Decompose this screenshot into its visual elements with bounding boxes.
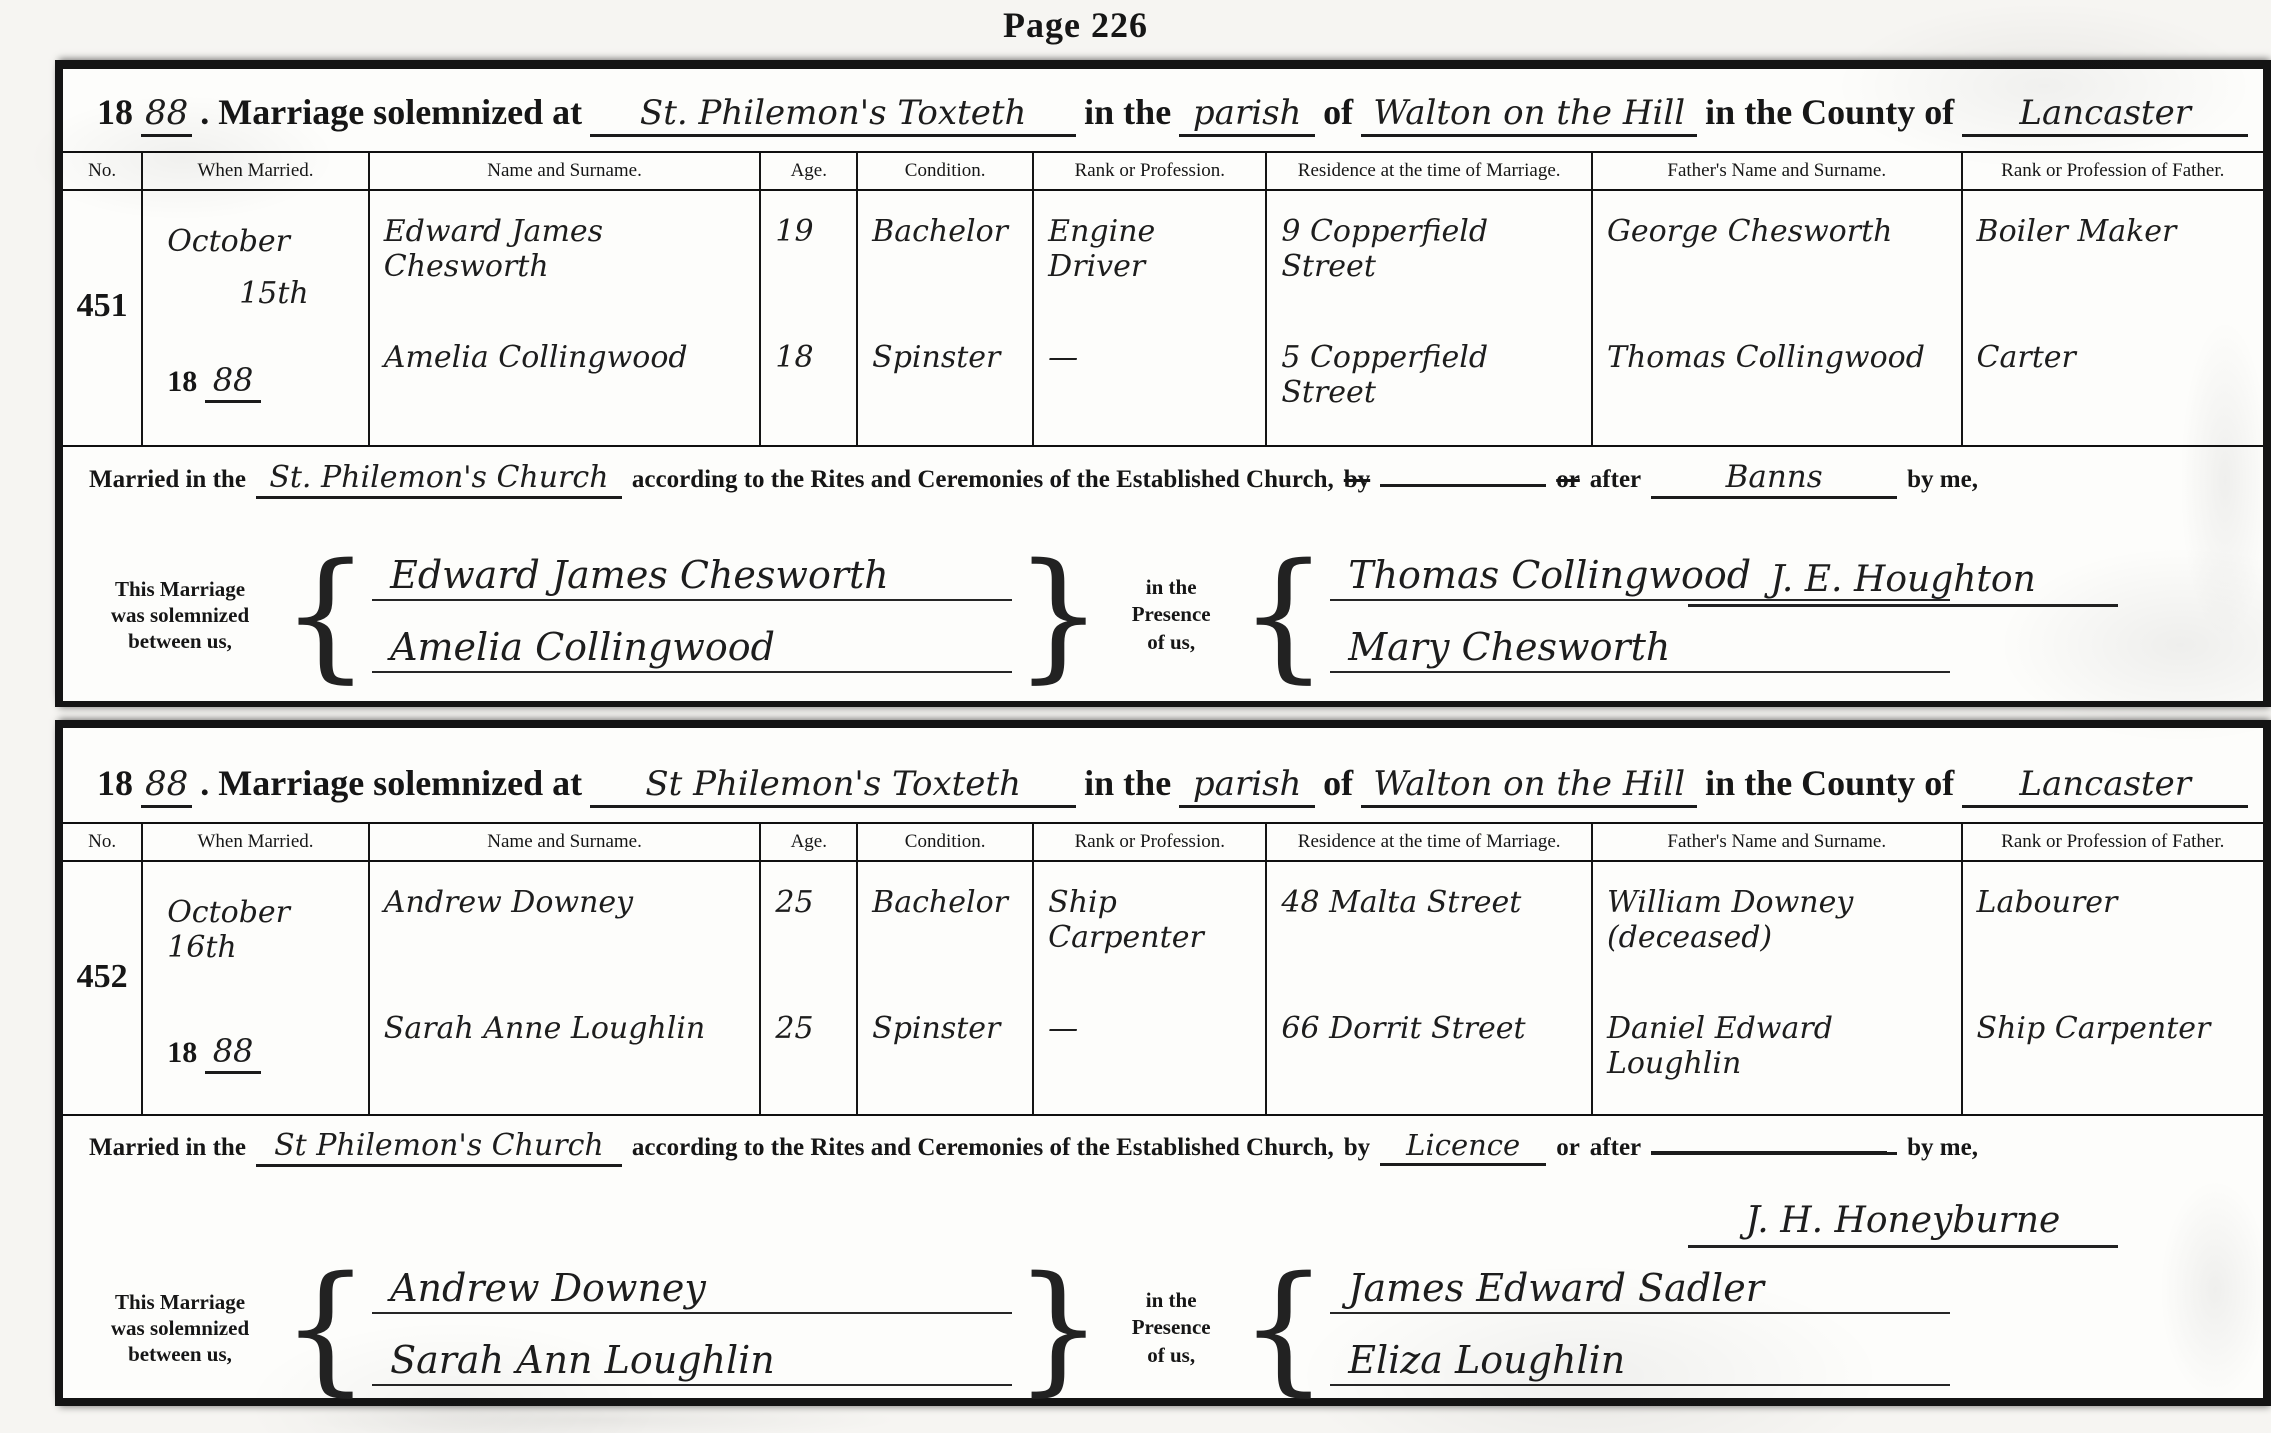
witness-signatures: Thomas Collingwood Mary Chesworth (1330, 543, 1950, 687)
marriage-date-day: 15th (239, 277, 309, 312)
witness-1-signature: Thomas Collingwood (1330, 553, 1950, 601)
bride-signature: Sarah Ann Loughlin (372, 1338, 1012, 1386)
col-header-age: Age. (760, 823, 857, 861)
officiant-signature: J. H. Honeyburne (1688, 1200, 2118, 1248)
entry-title-line: 18 88 . Marriage solemnized at St. Phile… (97, 91, 2247, 137)
col-header-no: No. (63, 823, 142, 861)
of-label: of (1323, 91, 1353, 133)
groom-name: Andrew Downey (384, 886, 756, 921)
parish-name-blank: Walton on the Hill (1361, 764, 1697, 808)
after-blank: Banns (1651, 459, 1897, 499)
presence-label: in the Presence of us, (1105, 574, 1237, 656)
bride-name: Sarah Anne Loughlin (384, 1012, 756, 1047)
table-row: 452 October 16th 18 88 Andrew Downey Sar… (63, 861, 2263, 1115)
brace-open-icon: { (281, 1269, 370, 1388)
table-header-row: No. When Married. Name and Surname. Age.… (63, 823, 2263, 861)
col-header-when-married: When Married. (142, 823, 369, 861)
year-printed-prefix: 18 (97, 91, 133, 133)
cell-ages: 25 25 (760, 861, 857, 1115)
col-header-condition: Condition. (857, 152, 1033, 190)
year-printed-prefix: 18 (97, 762, 133, 804)
col-header-condition: Condition. (857, 823, 1033, 861)
register-entry-451: 18 88 . Marriage solemnized at St. Phile… (55, 60, 2271, 707)
cell-names: Andrew Downey Sarah Anne Loughlin (369, 861, 761, 1115)
entry-title-line: 18 88 . Marriage solemnized at St Philem… (97, 762, 2247, 808)
table-row: 451 October 15th 18 88 Edward James Ches… (63, 190, 2263, 446)
county-blank: Lancaster (1962, 764, 2248, 808)
married-in-the-label: Married in the (89, 466, 246, 494)
marriage-year: 18 88 (167, 1032, 261, 1070)
by-me-label: by me, (1907, 1134, 1978, 1162)
witness-1-signature: James Edward Sadler (1330, 1266, 1950, 1314)
solemnized-signature-block: This Marriage was solemnized between us,… (81, 1256, 2245, 1400)
solemnized-signature-block: This Marriage was solemnized between us,… (81, 543, 2245, 687)
married-in-line: Married in the St Philemon's Church acco… (89, 1128, 2245, 1167)
cell-number: 452 (63, 861, 142, 1115)
cell-ages: 19 18 (760, 190, 857, 446)
groom-signature: Edward James Chesworth (372, 553, 1012, 601)
year-handwritten: 88 (141, 764, 192, 808)
col-header-residence: Residence at the time of Marriage. (1266, 823, 1592, 861)
presence-label: in the Presence of us, (1105, 1287, 1237, 1369)
bride-profession: — (1048, 1012, 1261, 1047)
groom-profession: Engine Driver (1048, 215, 1261, 284)
cell-professions: Ship Carpenter — (1033, 861, 1266, 1115)
church-place-blank: St. Philemon's Toxteth (590, 93, 1076, 137)
groom-name: Edward James Chesworth (384, 215, 756, 284)
cell-conditions: Bachelor Spinster (857, 190, 1033, 446)
by-blank (1380, 483, 1546, 487)
solemnized-at-label: . Marriage solemnized at (200, 91, 582, 133)
bride-residence: 5 Copperfield Street (1281, 341, 1587, 410)
cell-professions: Engine Driver — (1033, 190, 1266, 446)
after-label: after (1590, 466, 1641, 494)
groom-residence: 48 Malta Street (1281, 886, 1587, 921)
groom-profession: Ship Carpenter (1048, 886, 1261, 955)
bride-name: Amelia Collingwood (384, 341, 756, 376)
bride-father-name: Daniel Edward Loughlin (1607, 1012, 1957, 1081)
witness-signatures: James Edward Sadler Eliza Loughlin (1330, 1256, 1950, 1400)
marriage-year: 18 88 (167, 361, 261, 399)
cell-number: 451 (63, 190, 142, 446)
solemnized-at-label: . Marriage solemnized at (200, 762, 582, 804)
married-in-line: Married in the St. Philemon's Church acc… (89, 459, 2245, 499)
groom-father-profession: Labourer (1977, 886, 2259, 921)
cell-names: Edward James Chesworth Amelia Collingwoo… (369, 190, 761, 446)
bride-profession: — (1048, 341, 1261, 376)
col-header-father-name: Father's Name and Surname. (1592, 823, 1962, 861)
parish-name-blank: Walton on the Hill (1361, 93, 1697, 137)
col-header-father-rank: Rank or Profession of Father. (1962, 823, 2263, 861)
groom-father-name: William Downey (deceased) (1607, 886, 1957, 955)
groom-father-name: George Chesworth (1607, 215, 1957, 250)
bride-father-name: Thomas Collingwood (1607, 341, 1957, 376)
bride-father-profession: Ship Carpenter (1977, 1012, 2259, 1047)
of-label: of (1323, 762, 1353, 804)
marriage-register-table: No. When Married. Name and Surname. Age.… (63, 822, 2263, 1116)
district-type-blank: parish (1179, 764, 1315, 808)
brace-close-icon: } (1014, 1269, 1103, 1388)
groom-age: 25 (775, 886, 852, 921)
church-name-blank: St Philemon's Church (256, 1128, 622, 1167)
groom-father-profession: Boiler Maker (1977, 215, 2259, 250)
col-header-when-married: When Married. (142, 152, 369, 190)
witness-2-signature: Mary Chesworth (1330, 625, 1950, 673)
in-the-label: in the (1084, 91, 1171, 133)
bride-condition: Spinster (872, 1012, 1028, 1047)
or-label: or (1556, 1134, 1580, 1162)
by-me-label: by me, (1907, 466, 1978, 494)
bride-age: 18 (775, 341, 852, 376)
col-header-rank: Rank or Profession. (1033, 823, 1266, 861)
after-blank (1651, 1151, 1897, 1155)
this-marriage-label: This Marriage was solemnized between us, (81, 576, 279, 655)
bride-residence: 66 Dorrit Street (1281, 1012, 1587, 1047)
rites-label: according to the Rites and Ceremonies of… (632, 466, 1334, 494)
by-blank: Licence (1380, 1128, 1546, 1166)
church-place-blank: St Philemon's Toxteth (590, 764, 1076, 808)
church-name-blank: St. Philemon's Church (256, 460, 622, 499)
cell-residences: 9 Copperfield Street 5 Copperfield Stree… (1266, 190, 1592, 446)
bride-father-profession: Carter (1977, 341, 2259, 376)
by-label: by (1344, 1134, 1370, 1162)
witness-2-signature: Eliza Loughlin (1330, 1338, 1950, 1386)
married-in-the-label: Married in the (89, 1134, 246, 1162)
brace-close-icon: } (1014, 556, 1103, 675)
rites-label: according to the Rites and Ceremonies of… (632, 1134, 1334, 1162)
by-label: by (1344, 466, 1370, 494)
groom-age: 19 (775, 215, 852, 250)
col-header-rank: Rank or Profession. (1033, 152, 1266, 190)
marriage-date-month: October (167, 225, 290, 260)
in-the-label: in the (1084, 762, 1171, 804)
brace-open-icon: { (281, 556, 370, 675)
county-of-label: in the County of (1705, 91, 1954, 133)
col-header-age: Age. (760, 152, 857, 190)
record-number: 452 (63, 958, 141, 996)
cell-residences: 48 Malta Street 66 Dorrit Street (1266, 861, 1592, 1115)
district-type-blank: parish (1179, 93, 1315, 137)
this-marriage-label: This Marriage was solemnized between us, (81, 1289, 279, 1368)
record-number: 451 (63, 287, 141, 325)
groom-signature: Andrew Downey (372, 1266, 1012, 1314)
groom-condition: Bachelor (872, 886, 1028, 921)
couple-signatures: Edward James Chesworth Amelia Collingwoo… (372, 543, 1012, 687)
year-handwritten: 88 (141, 93, 192, 137)
col-header-residence: Residence at the time of Marriage. (1266, 152, 1592, 190)
bride-age: 25 (775, 1012, 852, 1047)
marriage-date-month: October 16th (167, 896, 368, 965)
cell-fathers: George Chesworth Thomas Collingwood (1592, 190, 1962, 446)
page-number: Page 226 (0, 4, 2151, 46)
groom-condition: Bachelor (872, 215, 1028, 250)
brace-open-icon: { (1239, 556, 1328, 675)
bride-condition: Spinster (872, 341, 1028, 376)
or-label: or (1556, 466, 1580, 494)
cell-fathers: William Downey (deceased) Daniel Edward … (1592, 861, 1962, 1115)
brace-open-icon: { (1239, 1269, 1328, 1388)
col-header-name: Name and Surname. (369, 152, 761, 190)
after-label: after (1590, 1134, 1641, 1162)
col-header-father-rank: Rank or Profession of Father. (1962, 152, 2263, 190)
cell-father-professions: Labourer Ship Carpenter (1962, 861, 2263, 1115)
col-header-no: No. (63, 152, 142, 190)
bride-signature: Amelia Collingwood (372, 625, 1012, 673)
couple-signatures: Andrew Downey Sarah Ann Loughlin (372, 1256, 1012, 1400)
county-of-label: in the County of (1705, 762, 1954, 804)
table-header-row: No. When Married. Name and Surname. Age.… (63, 152, 2263, 190)
col-header-father-name: Father's Name and Surname. (1592, 152, 1962, 190)
cell-when-married: October 15th 18 88 (142, 190, 369, 446)
cell-conditions: Bachelor Spinster (857, 861, 1033, 1115)
county-blank: Lancaster (1962, 93, 2248, 137)
col-header-name: Name and Surname. (369, 823, 761, 861)
groom-residence: 9 Copperfield Street (1281, 215, 1587, 284)
cell-father-professions: Boiler Maker Carter (1962, 190, 2263, 446)
marriage-register-table: No. When Married. Name and Surname. Age.… (63, 151, 2263, 447)
register-page-scan: Page 226 18 88 . Marriage solemnized at … (0, 0, 2271, 1433)
cell-when-married: October 16th 18 88 (142, 861, 369, 1115)
register-entry-452: 18 88 . Marriage solemnized at St Philem… (55, 720, 2271, 1406)
